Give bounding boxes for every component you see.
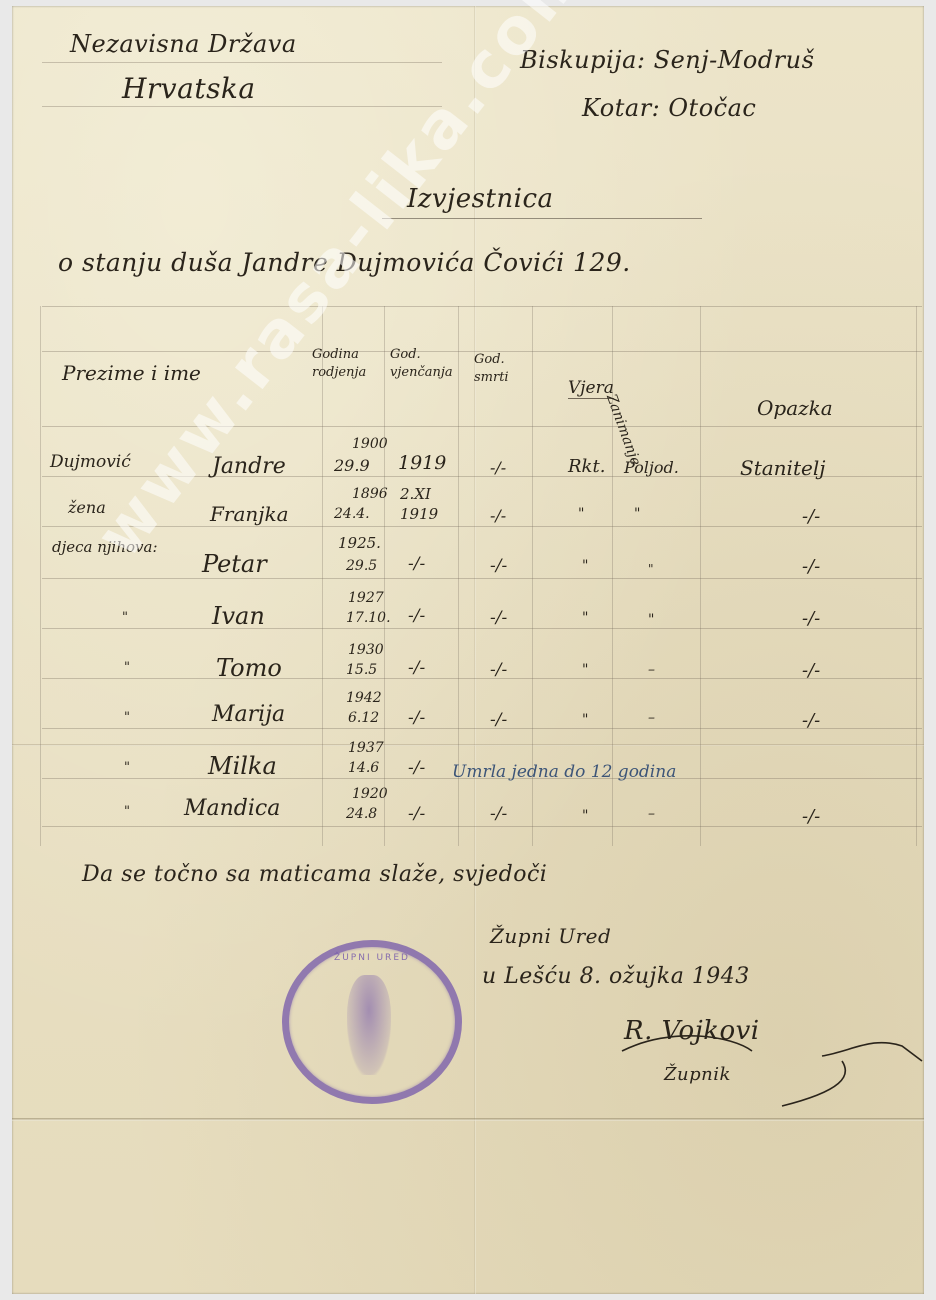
cell-occupation: Poljod. [624, 458, 679, 477]
attestation-text: Da se točno sa maticama slaže, svjedoči [82, 862, 547, 887]
cell-name: Franjka [210, 502, 289, 526]
table-col-rule [700, 306, 701, 846]
cell-note: -/- [802, 506, 820, 527]
cell-birth-date: 17.10. [346, 610, 391, 626]
col-header-death: God. smrti [474, 351, 526, 387]
cell-name: Tomo [216, 654, 282, 682]
cell-note: -/- [802, 556, 820, 577]
cell-note: -/- [802, 806, 820, 827]
cell-religion: " [582, 610, 588, 626]
table-rule [42, 728, 922, 729]
header-right-line1: Biskupija: Senj-Modruš [520, 46, 814, 74]
cell-marriage: -/- [408, 758, 425, 778]
cell-birth-year: 1937 [348, 740, 384, 756]
cell-occupation: – [648, 806, 655, 822]
official-stamp: ŽUPNI URED [282, 940, 462, 1104]
cell-religion: " [582, 808, 588, 824]
signature-flourish-icon [612, 1006, 932, 1116]
cell-birth-date: 29.9 [334, 456, 370, 475]
cell-marriage: -/- [408, 658, 425, 678]
stamp-emblem-icon [347, 975, 391, 1075]
cell-birth-year: 1920 [352, 786, 388, 802]
cell-religion: " [582, 662, 588, 678]
cell-death: -/- [490, 458, 506, 477]
table-rule [42, 306, 922, 307]
cell-occupation: " [648, 562, 654, 576]
table-rule [42, 578, 922, 579]
cell-marriage: 2.XI 1919 [400, 484, 460, 524]
cell-relation: " [124, 710, 130, 725]
cell-name: Petar [202, 550, 267, 578]
header-left-line1: Nezavisna Država [70, 30, 297, 58]
horizontal-fold-crease-middle [12, 744, 924, 746]
cell-death: -/- [490, 660, 507, 680]
cell-note: Stanitelj [740, 456, 825, 480]
cell-death: -/- [490, 506, 506, 525]
cell-birth-date: 24.8 [346, 806, 377, 822]
cell-relation: " [124, 804, 130, 819]
cell-death: -/- [490, 804, 507, 824]
cell-name: Mandica [184, 796, 280, 821]
col-header-name: Prezime i ime [62, 361, 201, 385]
table-rule [42, 628, 922, 629]
cell-birth-year: 1896 [352, 486, 388, 502]
cell-death-note-blue: Umrla jedna do 12 godina [452, 762, 676, 782]
cell-religion: " [582, 558, 588, 574]
cell-birth-date: 6.12 [348, 710, 379, 726]
cell-relation: " [122, 610, 128, 625]
cell-relation: " [124, 660, 130, 675]
cell-birth-date: 29.5 [346, 558, 377, 574]
cell-note: -/- [802, 660, 820, 681]
stamp-text: ŽUPNI URED [289, 953, 455, 963]
cell-birth-date: 24.4. [334, 506, 370, 522]
horizontal-fold-crease-lower [12, 1118, 924, 1121]
cell-relation: Dujmović [50, 452, 131, 472]
cell-birth-year: 1927 [348, 590, 384, 606]
col-header-birth: Godina rodjenja [312, 346, 384, 382]
table-col-rule [322, 306, 323, 846]
cell-birth-date: 15.5 [346, 662, 377, 678]
cell-occupation: – [648, 662, 655, 678]
table-col-rule [40, 306, 41, 846]
cell-marriage: -/- [408, 708, 425, 728]
cell-birth-year: 1925. [338, 534, 381, 552]
cell-birth-year: 1930 [348, 642, 384, 658]
table-rule [42, 678, 922, 679]
title-underline [382, 218, 702, 219]
cell-name: Marija [212, 702, 285, 727]
cell-marriage: 1919 [398, 452, 446, 474]
table-col-rule [916, 306, 917, 846]
cell-note: -/- [802, 608, 820, 629]
cell-death: -/- [490, 710, 507, 730]
cell-occupation: – [648, 710, 655, 726]
cell-marriage: -/- [408, 606, 425, 626]
ruled-line [42, 62, 442, 63]
ruled-line [42, 106, 442, 107]
cell-note: -/- [802, 710, 820, 731]
header-right-line2: Kotar: Otočac [582, 94, 756, 122]
col-header-marriage: God. vjenčanja [390, 346, 460, 382]
cell-birth-date: 14.6 [348, 760, 379, 776]
col-header-note: Opazka [757, 396, 833, 420]
table-col-rule [384, 306, 385, 846]
cell-occupation: " [648, 612, 654, 628]
cell-occupation: " [634, 506, 640, 522]
cell-name: Ivan [212, 602, 265, 630]
col-header-occupation: Zanimanje [603, 392, 644, 468]
cell-name: Milka [208, 752, 277, 780]
office-name: Župni Ured [490, 924, 611, 948]
table-rule [42, 826, 922, 827]
cell-religion: " [578, 506, 584, 522]
cell-religion: Rkt. [568, 456, 605, 477]
cell-birth-year: 1942 [346, 690, 382, 706]
cell-marriage: -/- [408, 554, 425, 574]
place-date: u Lešću 8. ožujka 1943 [482, 964, 750, 989]
header-left-line2: Hrvatska [122, 72, 256, 105]
cell-death: -/- [490, 556, 507, 576]
cell-death: -/- [490, 608, 507, 628]
cell-religion: " [582, 712, 588, 728]
document-page: Nezavisna Država Hrvatska Biskupija: Sen… [12, 6, 924, 1294]
cell-birth-year: 1900 [352, 436, 388, 452]
cell-relation: " [124, 760, 130, 775]
cell-marriage: -/- [408, 804, 425, 824]
